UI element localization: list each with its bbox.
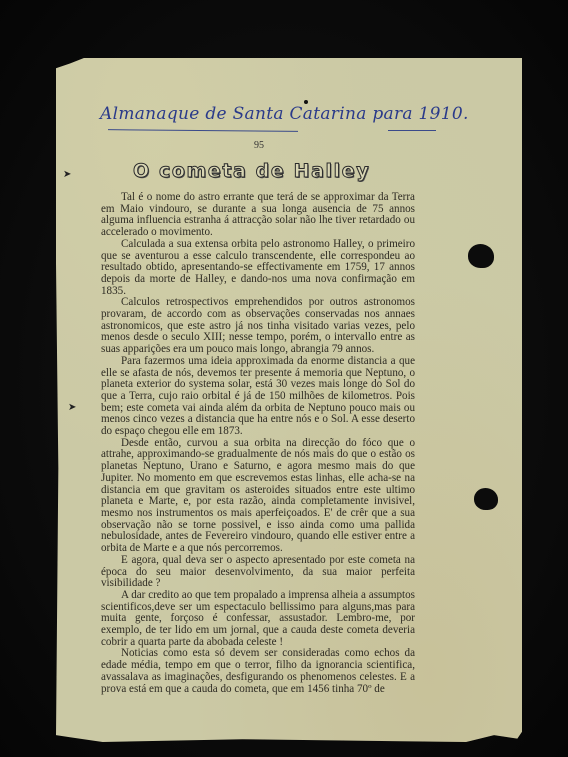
article-body: Tal é o nome do astro errante que terá d… [101,192,415,695]
article-title: O cometa de Halley [133,160,370,182]
paragraph: Para fazermos uma ideia approximada da e… [101,356,415,438]
paragraph: Calculos retrospectivos emprehendidos po… [101,297,415,356]
paragraph: A dar credito ao que tem propalado a imp… [101,590,415,649]
page-number: 95 [254,140,264,151]
paragraph: Tal é o nome do astro errante que terá d… [101,192,415,239]
paragraph: Calculada a sua extensa orbita pelo astr… [101,239,415,298]
pin-mark-icon: ➤ [68,405,74,411]
paragraph: Noticias como esta só devem ser consider… [101,648,415,695]
punch-hole [468,244,494,268]
paragraph: E agora, qual deva ser o aspecto apresen… [101,555,415,590]
paragraph: Desde então, curvou a sua orbita na dire… [101,438,415,555]
pin-mark-icon: ➤ [63,172,69,178]
handwritten-underline [388,130,436,131]
handwritten-header: Almanaque de Santa Catarina para 1910. [100,104,450,124]
punch-hole [474,488,498,510]
